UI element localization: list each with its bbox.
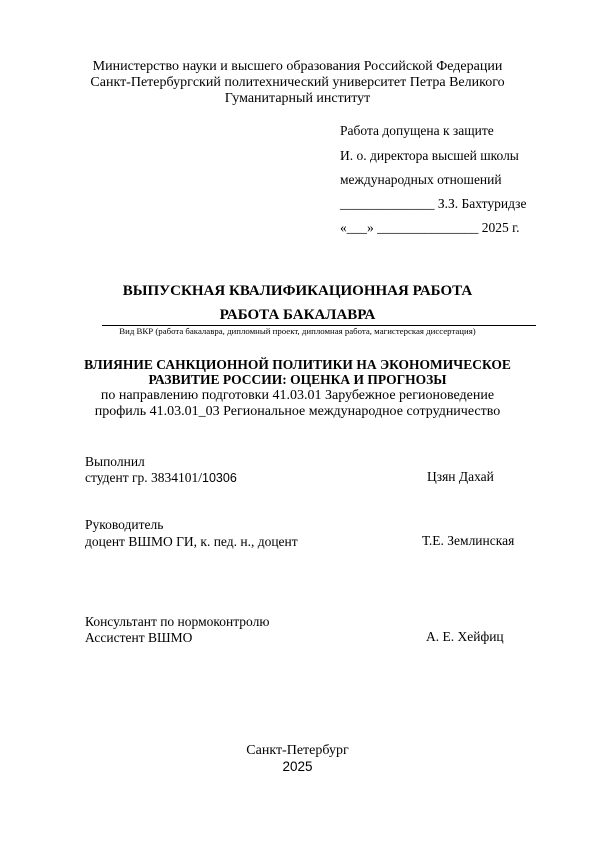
vkr-type-note: Вид ВКР (работа бакалавра, дипломный про…: [0, 326, 595, 336]
footer-year: 2025: [0, 759, 595, 774]
study-direction: по направлению подготовки 41.03.01 Заруб…: [0, 388, 595, 404]
consultant-name: А. Е. Хейфиц: [426, 629, 504, 645]
supervisor-position: доцент ВШМО ГИ, к. пед. н., доцент: [85, 533, 298, 550]
author-group-number: 10306: [202, 471, 237, 485]
consultant-role: Консультант по нормоконтролю: [85, 613, 269, 630]
work-type-title: ВЫПУСКНАЯ КВАЛИФИКАЦИОННАЯ РАБОТА: [0, 283, 595, 300]
author-name: Цзян Дахай: [427, 469, 494, 485]
university-name: Санкт-Петербургский политехнический унив…: [0, 74, 595, 91]
ministry-name: Министерство науки и высшего образования…: [0, 58, 595, 75]
degree-title: РАБОТА БАКАЛАВРА: [0, 307, 595, 324]
study-profile: профиль 41.03.01_03 Региональное междуна…: [0, 404, 595, 420]
director-signature-line: ______________ З.З. Бахтуридзе: [340, 196, 527, 212]
topic-line-2: РАЗВИТИЕ РОССИИ: ОЦЕНКА И ПРОГНОЗЫ: [0, 372, 595, 387]
approval-line-3: международных отношений: [340, 172, 502, 188]
supervisor-role: Руководитель: [85, 516, 163, 533]
consultant-position: Ассистент ВШМО: [85, 629, 192, 646]
author-role: Выполнил: [85, 453, 145, 470]
supervisor-name: Т.Е. Землинская: [422, 533, 514, 549]
approval-date-line: «___» _______________ 2025 г.: [340, 220, 520, 236]
approval-line-1: Работа допущена к защите: [340, 123, 494, 139]
approval-line-2: И. о. директора высшей школы: [340, 148, 519, 164]
institute-name: Гуманитарный институт: [0, 90, 595, 107]
author-position: студент гр. 3834101/10306: [85, 469, 237, 487]
author-group-prefix: студент гр. 3834101/: [85, 470, 202, 485]
topic-line-1: ВЛИЯНИЕ САНКЦИОННОЙ ПОЛИТИКИ НА ЭКОНОМИЧ…: [0, 357, 595, 372]
footer-city: Санкт-Петербург: [0, 743, 595, 759]
